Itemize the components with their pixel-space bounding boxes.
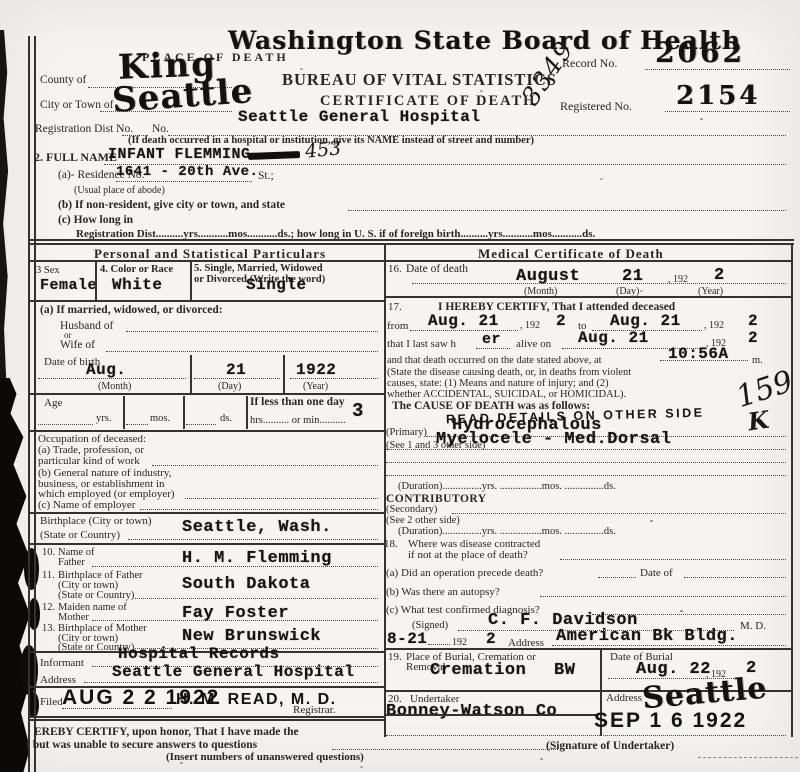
undertaker-address-label: Address	[606, 692, 642, 704]
secondary-label: (Secondary)	[386, 504, 437, 515]
footer-insert-note: (Insert numbers of unanswered questions)	[166, 751, 364, 763]
violent-note-1: (State the disease causing death, or, in…	[387, 367, 631, 378]
sex-label: 3 Sex	[36, 265, 60, 276]
blank-line	[194, 378, 280, 379]
blank-line	[106, 351, 378, 352]
signature-of-undertaker-note: (Signature of Undertaker)	[546, 740, 674, 752]
age-yrs-label: yrs.	[96, 413, 111, 424]
informant-value: Hospital Records	[118, 645, 280, 663]
blank-line	[386, 449, 786, 450]
birthplace-label-1: Birthplace (City or town)	[40, 515, 152, 527]
primary-label: (Primary)	[386, 427, 427, 438]
blank-line	[428, 644, 450, 645]
footer-certify-line-1: EREBY CERTIFY, upon honor, That I have m…	[34, 726, 299, 738]
blank-line	[128, 539, 378, 540]
ink-smudge	[24, 548, 39, 590]
blank-line	[38, 424, 93, 425]
marital-value: Single	[246, 276, 307, 294]
registered-number: 2154	[676, 81, 760, 111]
q19-number: 19.	[388, 651, 402, 663]
blank-line	[348, 210, 786, 211]
mother-label-2: Mother	[58, 612, 89, 623]
margin-mark-handwritten: K	[746, 405, 771, 437]
blank-line	[84, 682, 378, 683]
birthplace-value: Seattle, Wash.	[182, 518, 332, 537]
blank-line	[598, 577, 636, 578]
sex-value: Female	[40, 277, 97, 294]
row-rule	[28, 716, 385, 718]
filed-label: Filed	[40, 696, 63, 708]
q17-number: 17.	[388, 301, 402, 313]
marital-label-1: 5. Single, Married, Widowed	[194, 263, 323, 274]
year-prefix: , 192	[520, 320, 540, 331]
wife-label: Wife of	[60, 339, 95, 351]
dob-year: 1922	[296, 361, 336, 379]
violent-note-3: whether ACCIDENTAL, SUICIDAL, or HOMICID…	[387, 389, 626, 400]
blank-line	[665, 111, 790, 112]
blank-line	[135, 598, 378, 599]
signed-year-value: 2	[486, 630, 496, 648]
howlong-label: (c) How long in	[58, 214, 133, 226]
cell-divider	[123, 396, 125, 429]
howlong-line: Registration Dist..........yrs..........…	[76, 228, 595, 240]
father-label-2: Father	[58, 557, 85, 568]
age-ds-label: ds.	[220, 413, 232, 424]
nonresident-label: (b) If non-resident, give city or town, …	[58, 199, 285, 211]
blank-line	[140, 509, 378, 510]
bottom-margin-line	[698, 757, 798, 758]
blank-line	[560, 559, 786, 560]
death-certificate-document: PLACE OF DEATH County of King City or To…	[0, 0, 800, 772]
row-rule	[28, 300, 385, 302]
blank-line	[290, 378, 378, 379]
blank-line	[684, 577, 786, 578]
blank-line	[386, 735, 786, 736]
race-label: 4. Color or Race	[100, 264, 173, 275]
cell-divider	[183, 396, 185, 429]
registered-no-label: Registered No.	[560, 99, 632, 114]
strike-line	[386, 714, 598, 716]
occupation-line-3: particular kind of work	[38, 455, 140, 467]
birthplace-label-2: (State or Country)	[40, 529, 120, 541]
county-label: County of	[40, 74, 86, 86]
scribbled-out-text	[248, 151, 300, 160]
dob-year-note: (Year)	[303, 381, 328, 392]
row-rule	[28, 512, 385, 514]
last-saw-label: that I last saw h	[387, 338, 456, 350]
scan-edge-artifact-top	[0, 30, 9, 382]
row-rule	[28, 719, 385, 721]
age-mos-label: mos.	[150, 413, 170, 424]
form-border-line	[791, 243, 793, 737]
column-divider-line	[384, 243, 386, 737]
hrs-min-label: hrs.......... or min..........	[250, 415, 346, 426]
less-than-day-label: If less than one day	[250, 396, 345, 408]
row-rule	[386, 648, 791, 650]
from-label: from	[387, 320, 408, 332]
qa-label: (a) Did an operation precede death?	[386, 567, 543, 579]
last-saw-date: Aug. 21	[578, 329, 649, 347]
mother-no: 12.	[42, 602, 55, 613]
medical-section-title: Medical Certificate of Death	[478, 246, 664, 262]
registration-dist-label: Registration Dist No.	[35, 123, 133, 135]
blank-line	[412, 283, 786, 284]
blank-line	[540, 596, 786, 597]
undertaker-value: Bonney-Watson Co	[386, 702, 557, 721]
blank-line	[410, 330, 518, 331]
mother-bp-value: New Brunswick	[182, 627, 321, 646]
secondary-cause-value: Myelocele - Med.Dorsal	[436, 430, 671, 449]
form-border-line	[28, 243, 794, 245]
duration-line-1: (Duration)...............yrs. ..........…	[398, 481, 616, 492]
full-name-value: INFANT FLEMMING	[108, 146, 251, 163]
blank-line	[476, 348, 510, 349]
burial-bw-value: BW	[554, 661, 575, 680]
blank-line	[452, 513, 786, 514]
attended-from-date: Aug. 21	[428, 312, 499, 330]
blank-line	[185, 498, 378, 499]
burial-value: Cremation	[430, 661, 526, 680]
residence-suffix: St.;	[258, 170, 274, 182]
row-rule	[28, 393, 385, 395]
q16-number: 16.	[388, 263, 402, 275]
cell-divider	[246, 396, 248, 429]
cell-divider	[283, 355, 285, 393]
blank-line	[126, 424, 148, 425]
blank-line	[152, 465, 378, 466]
blank-line	[116, 181, 252, 182]
signed-date-value: 8-21	[387, 630, 427, 648]
race-value: White	[112, 276, 163, 294]
cell-divider	[190, 262, 192, 300]
bureau-title: BUREAU OF VITAL STATISTICS	[282, 70, 557, 90]
mother-bp-no: 13.	[42, 623, 55, 634]
married-note: (a) If married, widowed, or divorced:	[40, 304, 223, 316]
blank-line	[386, 462, 786, 463]
blank-line	[38, 378, 186, 379]
date-of-death-label: Date of death	[406, 263, 468, 275]
cell-divider	[190, 355, 192, 393]
cell-divider	[95, 262, 97, 300]
blank-line	[62, 708, 172, 709]
blank-line	[186, 424, 216, 425]
informant-address-label: Address	[40, 674, 76, 686]
mother-value: Fay Foster	[182, 604, 289, 623]
footer-certify-line-2: t but was unable to secure answers to qu…	[26, 739, 257, 751]
q18-number: 18.	[384, 538, 398, 550]
attended-to-date: Aug. 21	[610, 312, 681, 330]
scan-noise	[480, 90, 483, 92]
father-value: H. M. Flemming	[182, 549, 332, 568]
informant-address-value: Seattle General Hospital	[112, 663, 354, 681]
last-saw-year: 2	[748, 329, 758, 347]
qb-label: (b) Was there an autopsy?	[386, 586, 500, 598]
city-label: City or Town of	[40, 99, 113, 111]
father-bp-no: 11.	[42, 570, 55, 581]
last-saw-er: er	[482, 331, 501, 348]
form-border-line	[28, 36, 30, 772]
blank-line	[386, 475, 786, 476]
dob-month: Aug.	[86, 361, 126, 379]
dob-month-note: (Month)	[98, 381, 131, 392]
see-2-label: (See 2 other side)	[386, 515, 460, 526]
record-number: 2062	[655, 36, 745, 69]
employer-label: (c) Name of employer	[38, 499, 135, 511]
form-border-line	[34, 36, 36, 772]
attended-from-year: 2	[556, 312, 566, 330]
registration-no-label: No.	[152, 123, 169, 135]
blank-line	[126, 331, 378, 332]
blank-line	[332, 749, 558, 750]
city-stamp: Seattle	[111, 71, 255, 121]
death-at-label: and that death occurred on the date stat…	[387, 355, 602, 366]
row-rule	[28, 430, 385, 432]
section-rule	[28, 260, 792, 262]
blank-line	[660, 360, 748, 361]
institution-value: Seattle General Hospital	[238, 108, 480, 126]
signed-year-prefix: 192	[452, 637, 467, 648]
registrar-label: Registrar.	[293, 704, 335, 716]
father-no: 10.	[42, 547, 55, 558]
cell-divider	[600, 648, 602, 690]
abode-note: (Usual place of abode)	[74, 185, 165, 196]
death-time-m-label: m.	[752, 355, 763, 366]
full-name-label: 2. FULL NAME	[34, 150, 117, 165]
signed-address-value: American Bk Bldg.	[556, 627, 738, 646]
father-bp-value: South Dakota	[182, 575, 310, 594]
father-bp-label-3: (State or Country)	[58, 590, 134, 601]
age-label: Age	[44, 397, 62, 409]
dob-day-note: (Day)	[218, 381, 241, 392]
violent-note-2: causes, state: (1) Means and nature of i…	[387, 378, 609, 389]
informant-label: Informant	[40, 657, 84, 669]
duration-line-2: (Duration)...............yrs. ..........…	[398, 526, 616, 537]
dob-day: 21	[226, 361, 246, 379]
name-annotation: 453	[304, 137, 342, 163]
year-prefix: , 192	[704, 320, 724, 331]
attended-to-year: 2	[748, 312, 758, 330]
residence-value: 1641 - 20th Ave.	[116, 164, 258, 180]
received-date-stamp: SEP 1 6 1922	[594, 709, 747, 733]
row-rule	[28, 543, 385, 545]
blank-line	[645, 69, 790, 70]
alive-on-label: alive on	[516, 338, 551, 350]
hours-value: 3	[352, 400, 364, 422]
md-label: M. D.	[740, 620, 766, 632]
row-rule	[386, 296, 791, 298]
q18-line-2: if not at the place of death?	[408, 549, 528, 561]
qa-date-label: Date of	[640, 567, 673, 579]
